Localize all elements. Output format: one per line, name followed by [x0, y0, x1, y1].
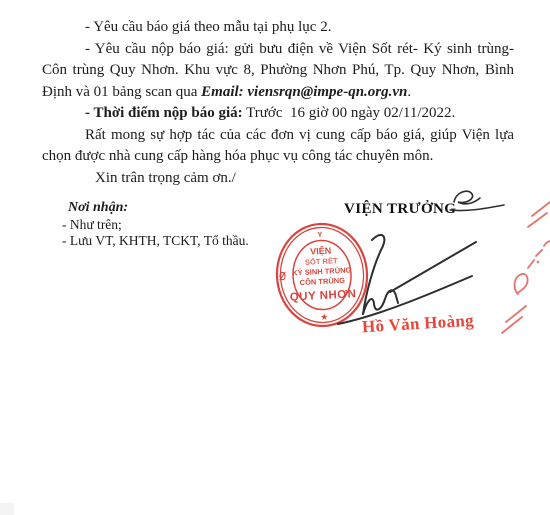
star-icon: ★: [320, 312, 329, 322]
recipient-item: - Như trên;: [62, 217, 249, 234]
medical-symbol: Y: [317, 230, 322, 239]
scanned-letter-page: - Yêu cầu báo giá theo mẫu tại phụ lục 2…: [0, 0, 550, 515]
recipients-heading: Nơi nhận:: [62, 200, 249, 217]
paragraph-text: - Yêu cầu báo giá theo mẫu tại phụ lục 2…: [85, 19, 331, 35]
recipient-item: - Lưu VT, KHTH, TCKT, Tổ thầu.: [62, 233, 249, 250]
paragraph-deadline: - Thời điểm nộp báo giá: Trước 16 giờ 00…: [42, 103, 514, 125]
paragraph-submission-instructions: - Yêu cầu nộp báo giá: gửi bưu điện về V…: [42, 39, 514, 104]
paragraph-quote-template: - Yêu cầu báo giá theo mẫu tại phụ lục 2…: [42, 17, 514, 39]
signature-stroke: [363, 290, 398, 314]
margin-scribble-stroke: [532, 202, 550, 216]
margin-scribble-stroke: [536, 250, 542, 256]
signature-stroke: [390, 242, 476, 292]
stamp-line-text: VIỆN: [310, 244, 332, 256]
deadline-label: - Thời điểm nộp báo giá:: [85, 105, 243, 121]
scan-artifact: [0, 503, 14, 515]
margin-scribble-stroke: [515, 274, 528, 294]
margin-scribble-stroke: [544, 241, 550, 246]
margin-scribble-stroke: [506, 306, 526, 322]
margin-scribble-stroke: [528, 260, 534, 268]
paragraph-text: Rất mong sự hợp tác của các đơn vị cung …: [42, 127, 514, 165]
initials-stroke: [454, 191, 480, 204]
deadline-value: Trước 16 giờ 00 ngày 02/11/2022.: [243, 105, 456, 121]
paragraph-text: .: [407, 84, 411, 100]
stamp-side-mark: [279, 272, 285, 280]
signer-title: VIỆN TRƯỞNG: [344, 201, 456, 218]
recipients-block: Nơi nhận: - Như trên; - Lưu VT, KHTH, TC…: [62, 200, 249, 250]
margin-scribble-red: [498, 196, 550, 338]
initials-flourish-stroke: [450, 205, 504, 211]
margin-scribble-stroke: [528, 213, 547, 227]
email-address-text: Email: viensrqn@impe-qn.org.vn: [201, 84, 407, 100]
margin-scribble-stroke: [502, 317, 522, 333]
paragraph-text: Xin trân trọng cảm ơn./: [95, 170, 236, 186]
letter-body: - Yêu cầu báo giá theo mẫu tại phụ lục 2…: [42, 17, 514, 189]
margin-scribble-dot: [537, 261, 540, 264]
paragraph-cooperation: Rất mong sự hợp tác của các đơn vị cung …: [42, 125, 514, 168]
